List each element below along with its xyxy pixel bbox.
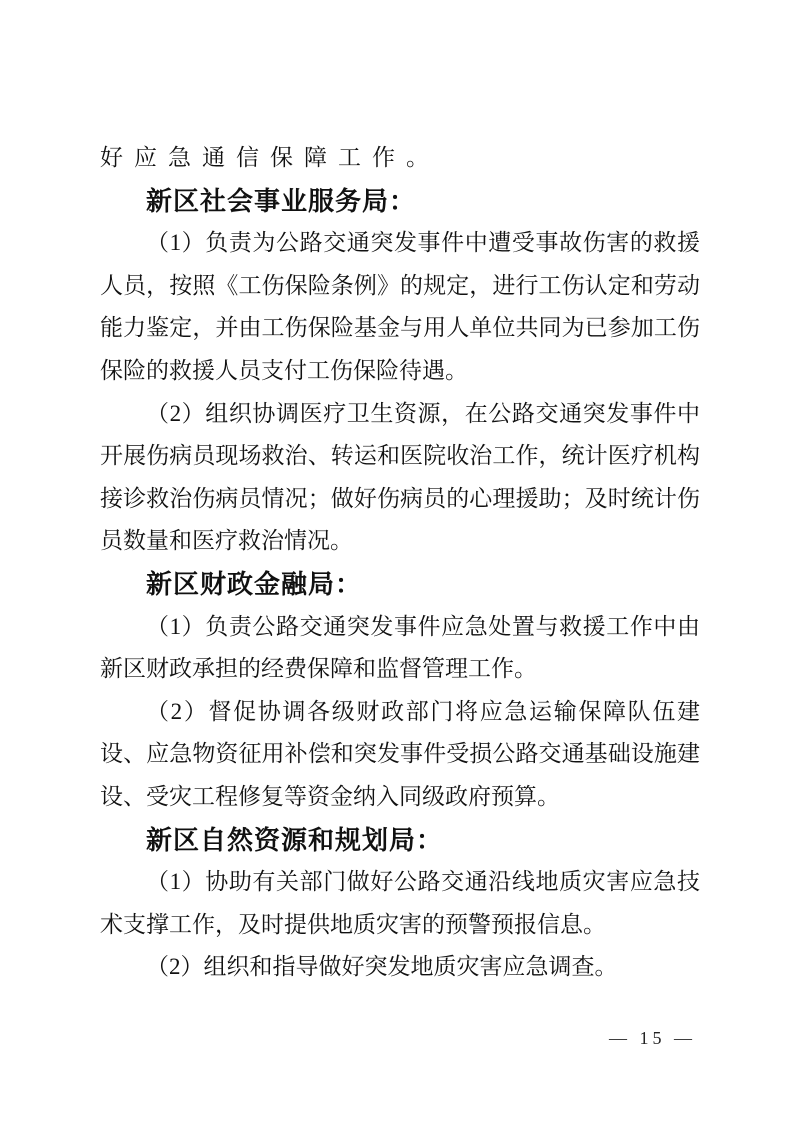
document-body: 好应急通信保障工作。 新区社会事业服务局： （1）负责为公路交通突发事件中遭受事…: [100, 137, 700, 989]
document-page: 好应急通信保障工作。 新区社会事业服务局： （1）负责为公路交通突发事件中遭受事…: [0, 0, 794, 1123]
paragraph-finance-item-1: （1）负责公路交通突发事件应急处置与救援工作中由新区财政承担的经费保障和监督管理…: [100, 606, 700, 691]
paragraph-natural-resources-item-2: （2）组织和指导做好突发地质灾害应急调查。: [100, 946, 700, 989]
paragraph-natural-resources-item-1: （1）协助有关部门做好公路交通沿线地质灾害应急技术支撑工作，及时提供地质灾害的预…: [100, 861, 700, 946]
paragraph-continuation: 好应急通信保障工作。: [100, 137, 700, 180]
paragraph-social-affairs-item-2: （2）组织协调医疗卫生资源，在公路交通突发事件中开展伤病员现场救治、转运和医院收…: [100, 393, 700, 563]
section-heading-natural-resources-bureau: 新区自然资源和规划局：: [100, 819, 700, 862]
page-number: — 15 —: [609, 1028, 696, 1049]
section-heading-finance-bureau: 新区财政金融局：: [100, 563, 700, 606]
paragraph-social-affairs-item-1: （1）负责为公路交通突发事件中遭受事故伤害的救援人员，按照《工伤保险条例》的规定…: [100, 222, 700, 392]
section-heading-social-affairs-bureau: 新区社会事业服务局：: [100, 180, 700, 223]
paragraph-finance-item-2: （2）督促协调各级财政部门将应急运输保障队伍建设、应急物资征用补偿和突发事件受损…: [100, 691, 700, 819]
